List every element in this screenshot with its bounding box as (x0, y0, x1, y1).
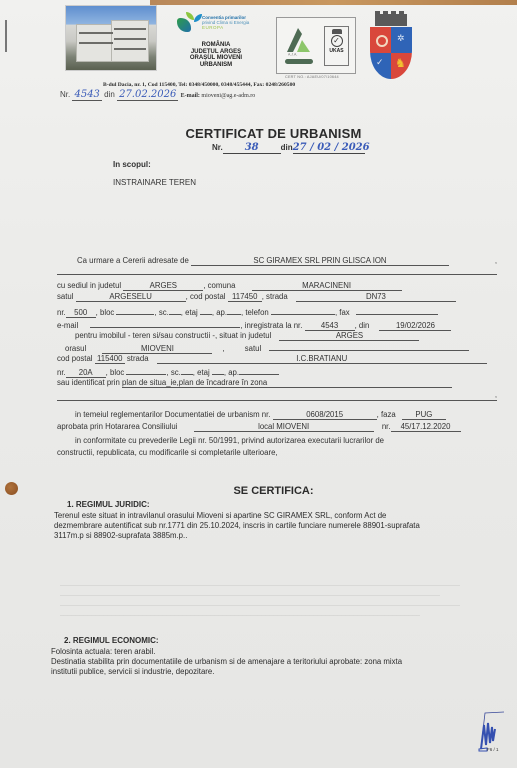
imobil-etaj-field (212, 365, 224, 375)
strada-label: , strada (262, 292, 288, 301)
institution-department: URBANISM (170, 62, 262, 69)
sc-label: , sc. (154, 308, 168, 317)
temeiul-label: in temeiul reglementarilor Documentatiei… (75, 410, 270, 419)
mioveni-coat-of-arms-icon (368, 14, 414, 82)
cert-nr-value: 38 (245, 142, 259, 153)
faza-field: PUG (402, 410, 446, 420)
imobil-sc-field (181, 365, 193, 375)
comuna-label: , comuna (203, 281, 235, 290)
svg-text:A.J.A.: A.J.A. (288, 53, 297, 57)
crown-icon (332, 29, 342, 34)
imobil-strada-label: strada (127, 354, 149, 363)
ukas-label: UKAS (325, 48, 348, 54)
etaj-label: , etaj (181, 308, 198, 317)
email-value: mioveni@ag.e-adm.ro (201, 93, 255, 99)
section2-line: Destinatia stabilita prin documentatiile… (51, 657, 402, 667)
cod-postal-label: , cod postal (186, 292, 226, 301)
din-label: , din (355, 321, 370, 330)
faza-label: , faza (377, 410, 396, 419)
email-label: E-mail: (181, 93, 200, 99)
section1-line: dezmembrare autentificat sub nr.1771 din… (54, 521, 420, 531)
reg-date-value: 27.02.2026 (117, 89, 178, 101)
etaj-field (200, 305, 212, 315)
cert-nr-label: Nr. (212, 143, 223, 152)
strada-field: DN73 (296, 292, 456, 302)
section2-line: Folosinta actuala: teren arabil. (51, 647, 402, 657)
imobil-etaj-label: , etaj (193, 368, 210, 377)
registration-line: Nr. 4543 din 27.02.2026 E-mail: mioveni@… (60, 89, 255, 100)
convention-line3: EUROPA (202, 25, 249, 30)
building-photo (65, 5, 157, 71)
judet-field: ARGES (123, 281, 203, 291)
cod-postal-field: 117450 (228, 292, 262, 302)
orasul-label: orasul (65, 344, 86, 353)
checkmark-icon: ✓ (331, 35, 343, 47)
reg-nr-label: Nr. (60, 90, 70, 99)
telefon-label: , telefon (241, 308, 269, 317)
conformitate-line2: constructii, republicata, cu modificaril… (57, 447, 278, 458)
reg-nr-value: 4543 (72, 89, 101, 101)
satul-label: satul (57, 292, 73, 301)
section2-line: institutii publice, servicii si industri… (51, 667, 402, 677)
fax-field (356, 305, 438, 315)
conformitate-line1: in conformitate cu prevederile Legii nr.… (75, 435, 384, 446)
imobil-judet-field: ARGES (279, 331, 419, 341)
consiliu-field: local MIOVENI (194, 422, 374, 432)
address-line: B-dul Dacia, nr. 1, Cod 115400, Tel: 034… (103, 82, 295, 88)
reg-din-label: din (104, 90, 115, 99)
section1-body: Terenul este situat in intravilanul oras… (54, 511, 420, 541)
email-field-label: e-mail (57, 321, 78, 330)
institution-block: ROMÂNIA JUDEȚUL ARGEȘ ORAȘUL MIOVENI URB… (170, 42, 262, 68)
comuna-field: MARACINENI (252, 281, 402, 291)
hotarare-nr-label: nr. (382, 422, 391, 431)
imobil-satul-label: satul (245, 344, 261, 353)
aprobata-label: aprobata prin Hotararea Consiliului (57, 422, 178, 431)
purpose-value: INSTRAINARE TEREN (113, 178, 196, 187)
section1-title: 1. REGIMUL JURIDIC: (67, 500, 150, 509)
sc-field (169, 305, 181, 315)
identificat-label: sau identificat prin (57, 378, 120, 387)
imobil-bloc-label: , bloc (106, 368, 125, 377)
imobil-nr-label: nr. (57, 368, 66, 377)
imobil-cod-postal-field: 115400 (95, 354, 125, 364)
ap-field (227, 305, 241, 315)
ukas-logo: ✓ UKAS (324, 26, 349, 66)
certificate-number-line: Nr.38din27 / 02 / 2026 (212, 142, 365, 154)
bloc-label: , bloc (96, 308, 115, 317)
section2-body: Folosinta actuala: teren arabil. Destina… (51, 647, 402, 677)
nr-label: nr. (57, 308, 66, 317)
imobil-sc-label: , sc. (166, 368, 180, 377)
section1-line: Terenul este situat in intravilanul oras… (54, 511, 420, 521)
section2-title: 2. REGIMUL ECONOMIC: (64, 636, 159, 645)
bloc-field (116, 305, 154, 315)
document-page: Conventia primarilor privind Clima si En… (0, 0, 517, 768)
satul-field: ARGESELU (76, 292, 186, 302)
imobil-ap-field (239, 365, 279, 375)
cert-din-label: din (281, 143, 293, 152)
intro-label: Ca urmare a Cererii adresate de (77, 256, 189, 265)
convention-logo: Conventia primarilor privind Clima si En… (176, 10, 256, 40)
identificat-field: plan de situa_ie,plan de încadrare în zo… (122, 378, 452, 388)
hotarare-nr-field: 45/17.12.2020 (391, 422, 461, 432)
imobil-ap-label: , ap. (224, 368, 239, 377)
aja-logo-icon: A.J.A. (285, 24, 313, 56)
imobil-label: pentru imobilul - teren si/sau construct… (75, 331, 271, 340)
cert-number: CERT NO.: AJAEU/07/10644 (285, 75, 339, 79)
imobil-satul-field (269, 341, 469, 351)
certification-logos: A.J.A. ✓ UKAS (276, 17, 356, 74)
section1-line: 3117m.p si 88902-suprafata 3885m.p.. (54, 531, 420, 541)
imobil-cod-postal-label: cod postal (57, 354, 93, 363)
page-title: CERTIFICAT DE URBANISM (0, 126, 517, 141)
inregistrata-label: , inregistrata la nr. (240, 321, 302, 330)
desk-edge (150, 0, 517, 5)
imobil-strada-field: I.C.BRATIANU (157, 354, 487, 364)
se-certifica-heading: SE CERTIFICA: (0, 485, 517, 497)
purpose-label: In scopul: (113, 160, 151, 169)
fax-label: , fax (335, 308, 350, 317)
email-field (90, 318, 240, 328)
cert-date-value: 27 / 02 / 2026 (293, 142, 370, 153)
page-number: F6 / 1 (487, 747, 499, 752)
nr-field: 500 (66, 308, 96, 318)
aja-bar (285, 59, 313, 64)
telefon-field (271, 305, 335, 315)
documentatie-nr-field: 0608/2015 (273, 410, 377, 420)
applicant-field: SC GIRAMEX SRL PRIN GLISCA ION (191, 256, 449, 266)
ap-label: , ap. (212, 308, 227, 317)
imobil-bloc-field (126, 365, 166, 375)
sediul-label: cu sediul in judetul (57, 281, 121, 290)
binder-mark (5, 20, 7, 52)
